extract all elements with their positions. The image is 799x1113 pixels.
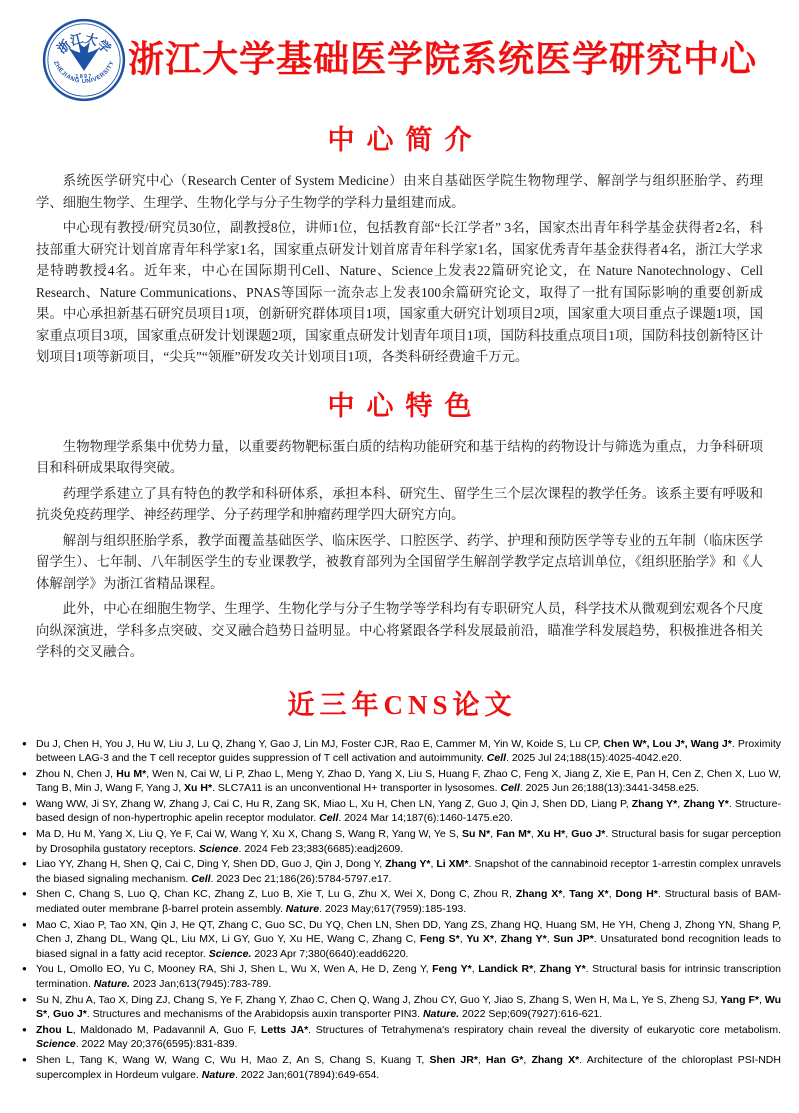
features-paragraph-2: 药理学系建立了具有特色的教学和科研体系，承担本科、研究生、留学生三个层次课程的教… [36, 483, 763, 526]
publication-item: Mao C, Xiao P, Tao XN, Qin J, He QT, Zha… [22, 918, 781, 962]
publication-item: Zhou N, Chen J, Hu M*, Wen N, Cai W, Li … [22, 767, 781, 796]
intro-section-heading: 中心简介 [34, 118, 765, 157]
publications-section-heading: 近三年CNS论文 [34, 683, 765, 722]
intro-paragraph-1: 系统医学研究中心（Research Center of System Medic… [36, 170, 763, 213]
publication-item: Zhou L, Maldonado M, Padavannil A, Guo F… [22, 1023, 781, 1052]
page: 浙江大学 1897 ZHEJIANG UNIVERSITY 浙江大学基础医学院系… [0, 0, 799, 1113]
features-section-heading: 中心特色 [34, 384, 765, 423]
intro-paragraph-2: 中心现有教授/研究员30位，副教授8位，讲师1位，包括教育部“长江学者” 3名，… [36, 217, 763, 368]
features-paragraph-3: 解剖与组织胚胎学系，教学面覆盖基础医学、临床医学、口腔医学、药学、护理和预防医学… [36, 530, 763, 595]
publication-item: You L, Omollo EO, Yu C, Mooney RA, Shi J… [22, 962, 781, 991]
publication-item: Shen C, Chang S, Luo Q, Chan KC, Zhang Z… [22, 887, 781, 916]
header: 浙江大学 1897 ZHEJIANG UNIVERSITY 浙江大学基础医学院系… [34, 18, 765, 102]
publication-item: Ma D, Hu M, Yang X, Liu Q, Ye F, Cai W, … [22, 827, 781, 856]
publication-item: Liao YY, Zhang H, Shen Q, Cai C, Ding Y,… [22, 857, 781, 886]
zju-seal-icon: 浙江大学 1897 ZHEJIANG UNIVERSITY [42, 18, 126, 102]
features-paragraph-4: 此外，中心在细胞生物学、生理学、生物化学与分子生物学等学科均有专职研究人员，科学… [36, 598, 763, 663]
features-paragraph-1: 生物物理学系集中优势力量，以重要药物靶标蛋白质的结构功能研究和基于结构的药物设计… [36, 436, 763, 479]
publication-list: Du J, Chen H, You J, Hu W, Liu J, Lu Q, … [22, 737, 781, 1083]
page-title: 浙江大学基础医学院系统医学研究中心 [128, 38, 757, 81]
publication-item: Su N, Zhu A, Tao X, Ding ZJ, Chang S, Ye… [22, 993, 781, 1022]
publication-item: Du J, Chen H, You J, Hu W, Liu J, Lu Q, … [22, 737, 781, 766]
publication-item: Shen L, Tang K, Wang W, Wang C, Wu H, Ma… [22, 1053, 781, 1082]
publication-item: Wang WW, Ji SY, Zhang W, Zhang J, Cai C,… [22, 797, 781, 826]
